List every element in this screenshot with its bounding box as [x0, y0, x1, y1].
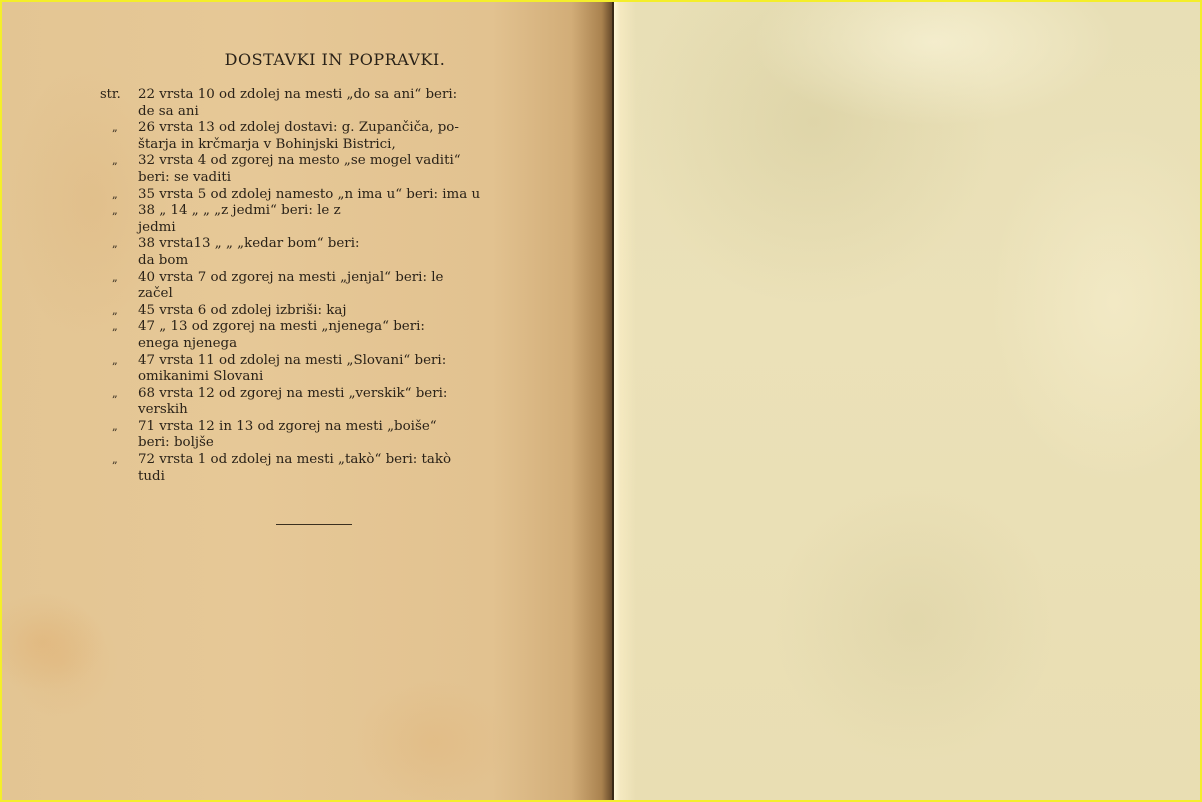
ditto-mark: „ — [100, 236, 146, 253]
entry-line-2: tudi — [138, 469, 530, 486]
entry-line-1: 72 vrsta 1 od zdolej na mesti „takò“ ber… — [138, 452, 530, 469]
entry-line-1: 68 vrsta 12 od zgorej na mesti „verskik“… — [138, 386, 530, 403]
entry-marker: str. — [100, 87, 134, 104]
entry-line-1: 35 vrsta 5 od zdolej namesto „n ima u“ b… — [138, 187, 530, 204]
ditto-mark: „ — [100, 319, 146, 336]
entry-line-2: omikanimi Slovani — [138, 369, 530, 386]
errata-entry: „ 72 vrsta 1 od zdolej na mesti „takò“ b… — [100, 452, 530, 485]
entry-line-1: 38 vrsta13 „ „ „kedar bom“ beri: — [138, 236, 530, 253]
left-page: DOSTAVKI IN POPRAVKI. str. 22 vrsta 10 o… — [2, 2, 614, 800]
errata-list: str. 22 vrsta 10 od zdolej na mesti „do … — [100, 87, 530, 485]
errata-entry: „ 47 vrsta 11 od zdolej na mesti „Slovan… — [100, 353, 530, 386]
errata-entry: „ 45 vrsta 6 od zdolej izbriši: kaj — [100, 303, 530, 320]
ditto-mark: „ — [100, 303, 146, 320]
errata-entry: „ 32 vrsta 4 od zgorej na mesto „se moge… — [100, 153, 530, 186]
errata-entry: „ 71 vrsta 12 in 13 od zgorej na mesti „… — [100, 419, 530, 452]
entry-line-1: 22 vrsta 10 od zdolej na mesti „do sa an… — [138, 87, 530, 104]
entry-line-1: 47 vrsta 11 od zdolej na mesti „Slovani“… — [138, 353, 530, 370]
right-page-blank — [614, 2, 1200, 800]
errata-entry: „ 38 „ 14 „ „ „z jedmi“ beri: le z jedmi — [100, 203, 530, 236]
entry-line-2: beri: se vaditi — [138, 170, 530, 187]
ditto-mark: „ — [100, 203, 146, 220]
errata-entry: „ 68 vrsta 12 od zgorej na mesti „verski… — [100, 386, 530, 419]
errata-entry: „ 35 vrsta 5 od zdolej namesto „n ima u“… — [100, 187, 530, 204]
errata-entry: „ 47 „ 13 od zgorej na mesti „njenega“ b… — [100, 319, 530, 352]
ditto-mark: „ — [100, 120, 146, 137]
entry-line-1: 38 „ 14 „ „ „z jedmi“ beri: le z — [138, 203, 530, 220]
ditto-mark: „ — [100, 452, 146, 469]
ditto-mark: „ — [100, 419, 146, 436]
end-rule-divider — [276, 524, 352, 525]
page-title: DOSTAVKI IN POPRAVKI. — [100, 50, 530, 69]
errata-entry: „ 38 vrsta13 „ „ „kedar bom“ beri: da bo… — [100, 236, 530, 269]
entry-line-1: 45 vrsta 6 od zdolej izbriši: kaj — [138, 303, 530, 320]
ditto-mark: „ — [100, 270, 146, 287]
entry-line-2: enega njenega — [138, 336, 530, 353]
entry-line-2: štarja in krčmarja v Bohinjski Bistrici, — [138, 137, 530, 154]
entry-line-2: verskih — [138, 402, 530, 419]
ditto-mark: „ — [100, 386, 146, 403]
entry-line-2: začel — [138, 286, 530, 303]
entry-line-1: 47 „ 13 od zgorej na mesti „njenega“ ber… — [138, 319, 530, 336]
entry-line-2: jedmi — [138, 220, 530, 237]
book-spread: DOSTAVKI IN POPRAVKI. str. 22 vrsta 10 o… — [2, 2, 1200, 800]
errata-entry: „ 40 vrsta 7 od zgorej na mesti „jenjal“… — [100, 270, 530, 303]
entry-line-1: 40 vrsta 7 od zgorej na mesti „jenjal“ b… — [138, 270, 530, 287]
errata-entry: „ 26 vrsta 13 od zdolej dostavi: g. Zupa… — [100, 120, 530, 153]
entry-line-1: 71 vrsta 12 in 13 od zgorej na mesti „bo… — [138, 419, 530, 436]
entry-line-2: beri: boljše — [138, 435, 530, 452]
entry-line-1: 32 vrsta 4 od zgorej na mesto „se mogel … — [138, 153, 530, 170]
entry-line-2: da bom — [138, 253, 530, 270]
ditto-mark: „ — [100, 353, 146, 370]
entry-line-2: de sa ani — [138, 104, 530, 121]
errata-content: DOSTAVKI IN POPRAVKI. str. 22 vrsta 10 o… — [100, 50, 530, 485]
ditto-mark: „ — [100, 153, 146, 170]
ditto-mark: „ — [100, 187, 146, 204]
errata-entry: str. 22 vrsta 10 od zdolej na mesti „do … — [100, 87, 530, 120]
entry-line-1: 26 vrsta 13 od zdolej dostavi: g. Zupanč… — [138, 120, 530, 137]
